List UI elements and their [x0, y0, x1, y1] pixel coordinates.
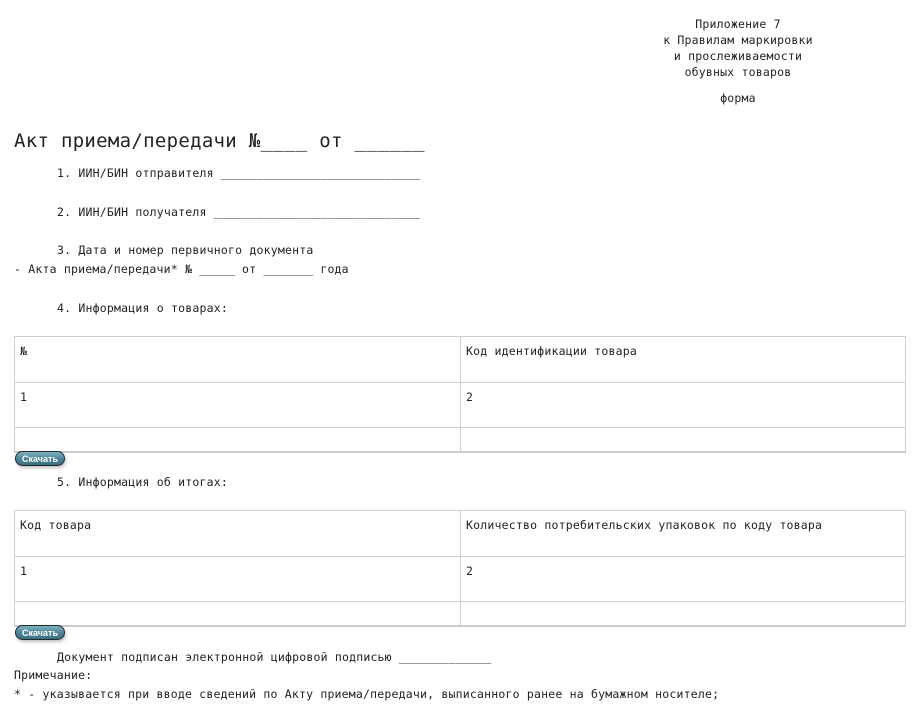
totals-download-button[interactable]: Скачать — [15, 625, 65, 640]
appendix-line: обувных товаров — [600, 64, 876, 80]
goods-table: № Код идентификации товара 1 2 — [14, 336, 906, 453]
totals-table: Код товара Количество потребительских уп… — [14, 510, 906, 627]
table-cell[interactable] — [15, 602, 461, 627]
appendix-line: к Правилам маркировки — [600, 32, 876, 48]
table-cell: 2 — [461, 383, 906, 428]
column-header-product-code: Код товара — [15, 511, 461, 557]
appendix-header: Приложение 7 к Правилам маркировки и про… — [600, 16, 876, 106]
form-label: форма — [600, 90, 876, 106]
primary-doc-label: 3. Дата и номер первичного документа — [57, 243, 313, 257]
appendix-line: Приложение 7 — [600, 16, 876, 32]
recipient-iin-field: 2. ИИН/БИН получателя __________________… — [57, 205, 420, 219]
primary-doc-detail: - Акта приема/передачи* № _____ от _____… — [14, 262, 349, 276]
table-cell[interactable] — [461, 428, 906, 453]
table-row: 1 2 — [15, 557, 906, 602]
totals-section-heading: 5. Информация об итогах: — [57, 475, 228, 489]
table-cell: 1 — [15, 383, 461, 428]
goods-download-button[interactable]: Скачать — [15, 451, 65, 466]
table-row — [15, 602, 906, 627]
note-text: * - указывается при вводе сведений по Ак… — [14, 687, 719, 701]
table-header-row: Код товара Количество потребительских уп… — [15, 511, 906, 557]
signature-line: Документ подписан электронной цифровой п… — [57, 650, 492, 664]
note-label: Примечание: — [14, 668, 92, 682]
table-row — [15, 428, 906, 453]
table-cell: 1 — [15, 557, 461, 602]
table-header-row: № Код идентификации товара — [15, 337, 906, 383]
page-title: Акт приема/передачи №____ от ______ — [14, 130, 425, 152]
column-header-package-count: Количество потребительских упаковок по к… — [461, 511, 906, 557]
column-header-number: № — [15, 337, 461, 383]
column-header-id-code: Код идентификации товара — [461, 337, 906, 383]
appendix-line: и прослеживаемости — [600, 48, 876, 64]
table-cell[interactable] — [15, 428, 461, 453]
table-cell: 2 — [461, 557, 906, 602]
table-row: 1 2 — [15, 383, 906, 428]
table-cell[interactable] — [461, 602, 906, 627]
sender-iin-field: 1. ИИН/БИН отправителя _________________… — [57, 166, 420, 180]
goods-section-heading: 4. Информация о товарах: — [57, 301, 228, 315]
